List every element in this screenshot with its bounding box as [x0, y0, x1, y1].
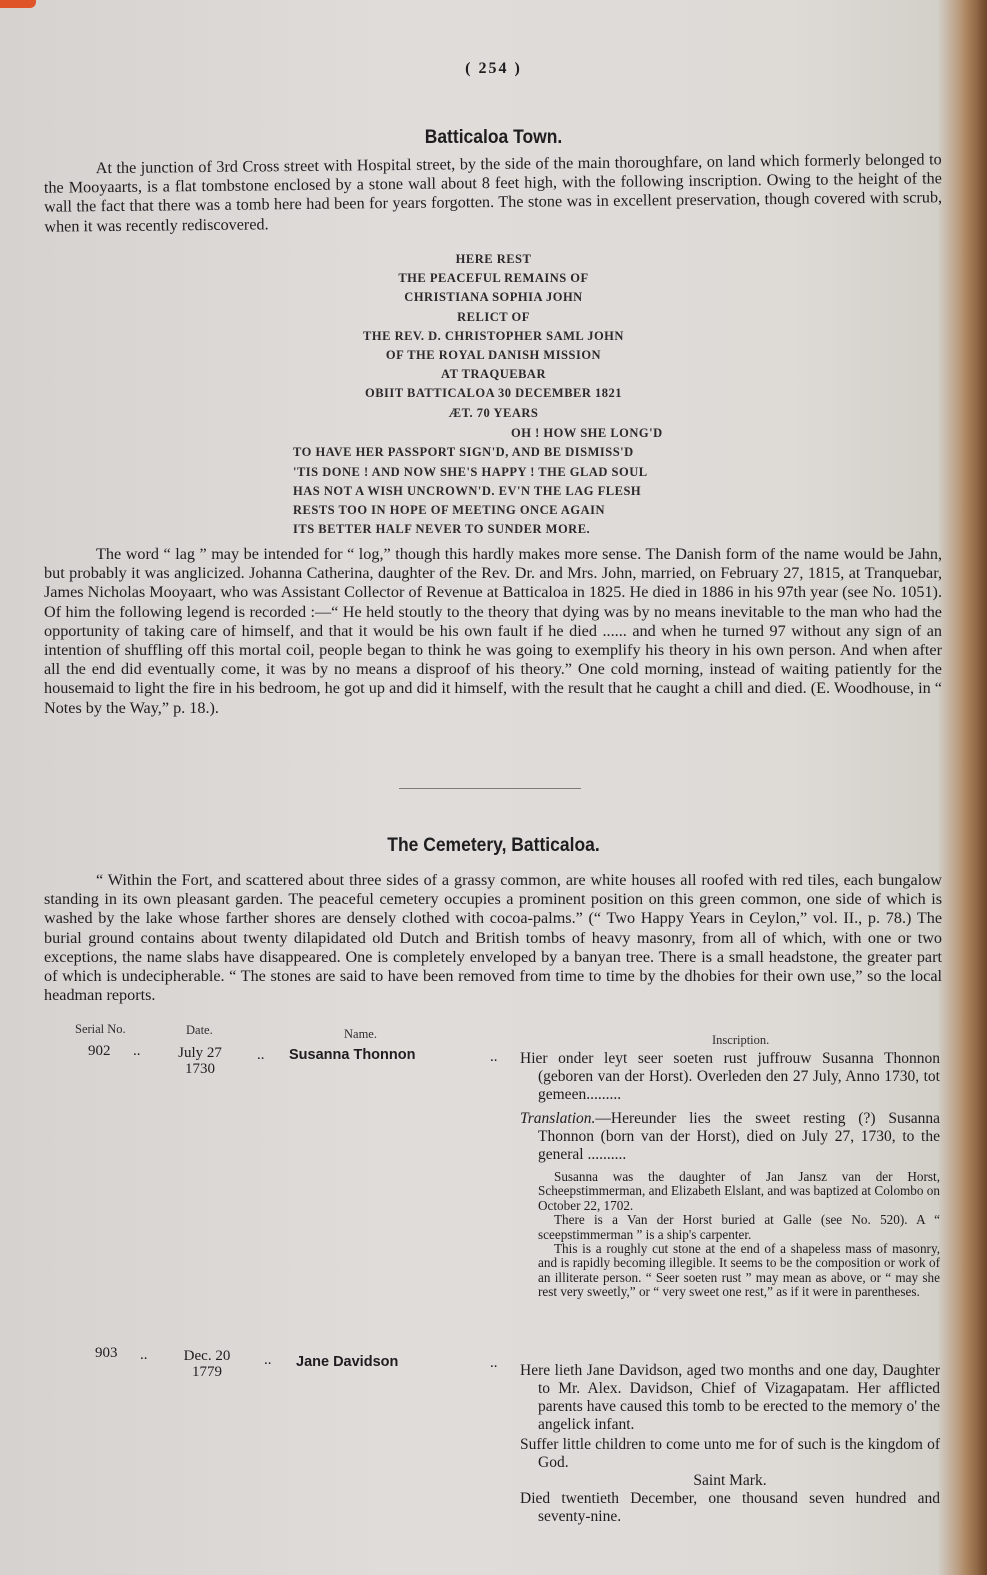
- verse-line: OH ! HOW SHE LONG'D: [293, 424, 663, 443]
- entry-name: Jane Davidson: [296, 1354, 398, 1370]
- entry-name: Susanna Thonnon: [289, 1047, 415, 1063]
- entry-date: July 27 1730: [165, 1045, 235, 1077]
- epitaph-line: HERE REST: [0, 250, 987, 269]
- column-header-inscription: Inscription.: [712, 1033, 769, 1048]
- column-header-date: Date.: [186, 1023, 213, 1038]
- section2-intro-paragraph: “ Within the Fort, and scattered about t…: [44, 871, 942, 1005]
- leader-dots: ..: [140, 1347, 148, 1364]
- section1-commentary-paragraph: The word “ lag ” may be intended for “ l…: [44, 545, 942, 718]
- epitaph-line: OBIIT BATTICALOA 30 DECEMBER 1821: [0, 384, 987, 403]
- verse-line: TO HAVE HER PASSPORT SIGN'D, AND BE DISM…: [293, 443, 663, 462]
- leader-dots: ..: [264, 1352, 272, 1369]
- translation: Translation.—Hereunder lies the sweet re…: [520, 1110, 940, 1164]
- death-date-text: Died twentieth December, one thousand se…: [520, 1490, 940, 1526]
- column-header-name: Name.: [344, 1027, 377, 1042]
- entry-notes: Susanna was the daughter of Jan Jansz va…: [520, 1170, 940, 1300]
- book-spine-edge: [961, 0, 987, 1575]
- entry-date: Dec. 20 1779: [172, 1348, 242, 1380]
- page-number: ( 254 ): [0, 60, 987, 78]
- entry-serial: 902: [88, 1043, 111, 1060]
- leader-dots: ..: [133, 1043, 141, 1060]
- verse-line: 'TIS DONE ! AND NOW SHE'S HAPPY ! THE GL…: [293, 463, 663, 482]
- leader-dots: ..: [490, 1049, 498, 1066]
- verse-line: HAS NOT A WISH UNCROWN'D. EV'N THE LAG F…: [293, 482, 663, 501]
- epitaph-line: ÆT. 70 YEARS: [0, 404, 987, 423]
- entry-inscription: Hier onder leyt seer soeten rust juffrou…: [520, 1050, 940, 1300]
- scripture-verse: Suffer little children to come unto me f…: [520, 1436, 940, 1472]
- verse-source: Saint Mark.: [520, 1472, 940, 1490]
- verse-line: ITS BETTER HALF NEVER TO SUNDER MORE.: [293, 520, 663, 539]
- verse-line: RESTS TOO IN HOPE OF MEETING ONCE AGAIN: [293, 501, 663, 520]
- section-title-cemetery: The Cemetery, Batticaloa.: [39, 835, 947, 857]
- page-tab-marker: [0, 0, 36, 8]
- epitaph-verse: OH ! HOW SHE LONG'D TO HAVE HER PASSPORT…: [293, 424, 663, 540]
- leader-dots: ..: [257, 1047, 265, 1064]
- epitaph-line: RELICT OF: [0, 308, 987, 327]
- epitaph-line: THE PEACEFUL REMAINS OF: [0, 269, 987, 288]
- epitaph-line: OF THE ROYAL DANISH MISSION: [0, 346, 987, 365]
- epitaph-line: AT TRAQUEBAR: [0, 365, 987, 384]
- scanned-book-page: ( 254 ) Batticaloa Town. At the junction…: [0, 0, 987, 1575]
- section-title-batticaloa-town: Batticaloa Town.: [39, 127, 947, 149]
- entry-inscription: Here lieth Jane Davidson, aged two month…: [520, 1362, 940, 1526]
- section1-intro-paragraph: At the junction of 3rd Cross street with…: [44, 150, 943, 236]
- section-divider: [399, 788, 581, 789]
- leader-dots: ..: [490, 1355, 498, 1372]
- epitaph-line: CHRISTIANA SOPHIA JOHN: [0, 288, 987, 307]
- column-header-serial: Serial No.: [75, 1022, 126, 1037]
- epitaph-line: THE REV. D. CHRISTOPHER SAML JOHN: [0, 327, 987, 346]
- entry-serial: 903: [95, 1345, 118, 1362]
- epitaph-block: HERE REST THE PEACEFUL REMAINS OF CHRIST…: [0, 250, 987, 423]
